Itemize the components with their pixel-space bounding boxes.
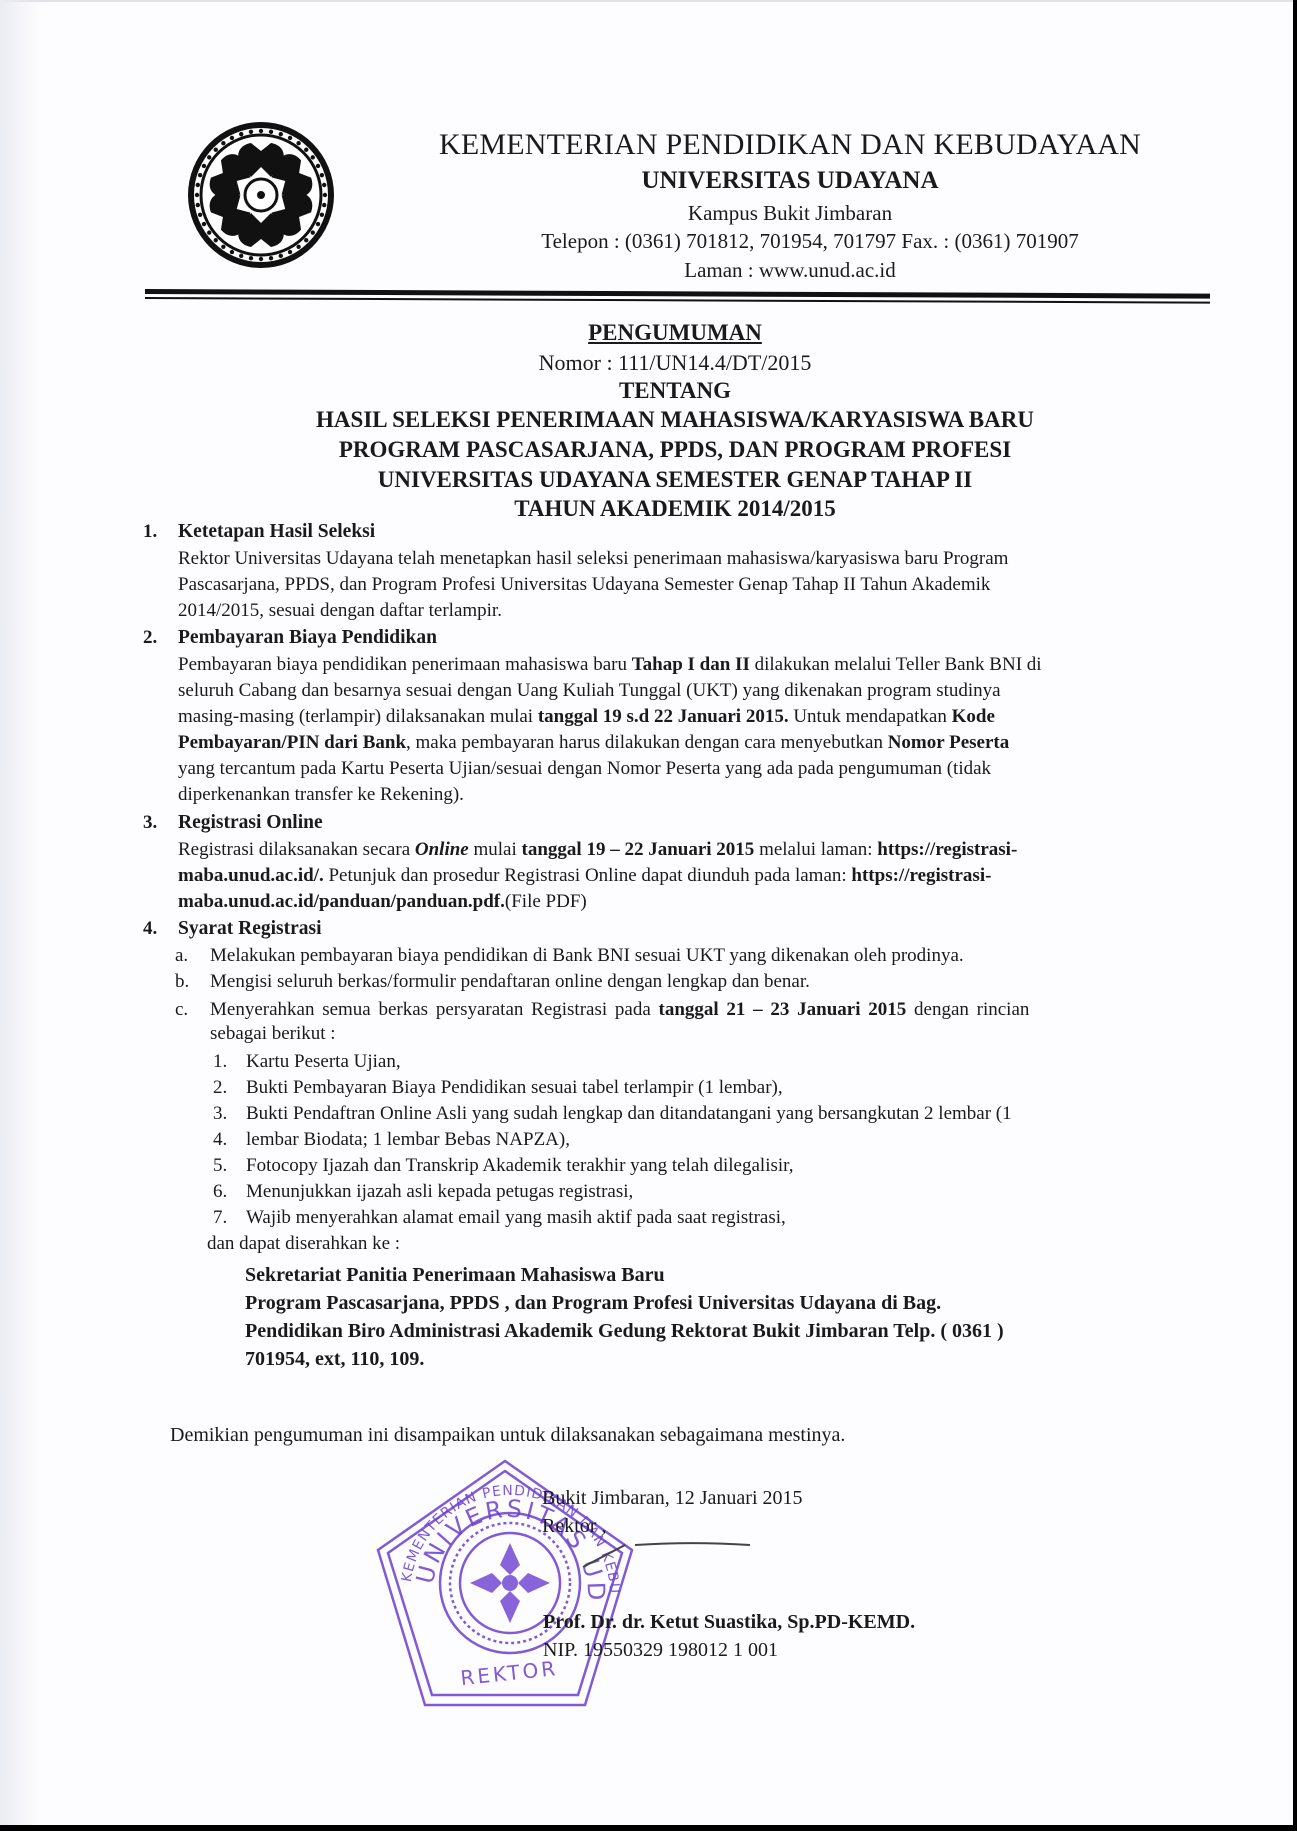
subject-line: PROGRAM PASCASARJANA, PPDS, DAN PROGRAM … — [260, 437, 1090, 463]
sub-list-label: 5. — [213, 1156, 227, 1175]
section-text: maba.unud.ac.id/. Petunjuk dan prosedur … — [178, 866, 991, 885]
section-text: diperkenankan transfer ke Rekening). — [178, 785, 464, 804]
address-line: Program Pascasarjana, PPDS , dan Program… — [245, 1293, 941, 1313]
section-text: Pembayaran/PIN dari Bank, maka pembayara… — [178, 733, 1009, 752]
section-text: yang tercantum pada Kartu Peserta Ujian/… — [178, 759, 991, 778]
list-item: sebagai berikut : — [210, 1024, 336, 1043]
section-title: Registrasi Online — [178, 812, 323, 834]
submit-to-label: dan dapat diserahkan ke : — [207, 1234, 400, 1253]
tentang-label: TENTANG — [260, 378, 1090, 404]
signer-nip: NIP. 19550329 198012 1 001 — [543, 1640, 778, 1660]
announcement-number: Nomor : 111/UN14.4/DT/2015 — [260, 350, 1090, 376]
subject-line: TAHUN AKADEMIK 2014/2015 — [260, 496, 1090, 522]
university-emblem-icon — [186, 120, 336, 270]
subject-line: UNIVERSITAS UDAYANA SEMESTER GENAP TAHAP… — [260, 467, 1090, 493]
list-label: a. — [175, 946, 188, 965]
sub-list-label: 7. — [213, 1208, 227, 1227]
closing-statement: Demikian pengumuman ini disampaikan untu… — [170, 1425, 845, 1445]
sub-list-item: Fotocopy Ijazah dan Transkrip Akademik t… — [246, 1156, 793, 1175]
subject-line: HASIL SELEKSI PENERIMAAN MAHASISWA/KARYA… — [260, 407, 1090, 433]
address-line: 701954, ext, 110, 109. — [245, 1349, 424, 1369]
signer-name: Prof. Dr. dr. Ketut Suastika, Sp.PD-KEMD… — [543, 1612, 915, 1632]
address-line: Pendidikan Biro Administrasi Akademik Ge… — [245, 1321, 1004, 1341]
scan-shadow-left — [0, 0, 40, 1831]
sub-list-label: 4. — [213, 1130, 227, 1149]
list-item: Mengisi seluruh berkas/formulir pendafta… — [210, 972, 810, 991]
list-item: Melakukan pembayaran biaya pendidikan di… — [210, 946, 964, 965]
section-title: Pembayaran Biaya Pendidikan — [178, 627, 437, 649]
handwritten-signature-icon — [575, 1537, 755, 1577]
list-label: c. — [175, 1000, 188, 1019]
contact-phone: Telepon : (0361) 701812, 701954, 701797 … — [430, 229, 1190, 254]
scan-edge-top — [0, 0, 1297, 2]
sub-list-item: Kartu Peserta Ujian, — [246, 1052, 401, 1071]
sub-list-label: 6. — [213, 1182, 227, 1201]
section-text: maba.unud.ac.id/panduan/panduan.pdf.(Fil… — [178, 892, 587, 911]
section-text: masing-masing (terlampir) dilaksanakan m… — [178, 707, 995, 726]
sub-list-item: lembar Biodata; 1 lembar Bebas NAPZA), — [246, 1130, 570, 1149]
section-text: Pascasarjana, PPDS, dan Program Profesi … — [178, 575, 990, 594]
registration-link[interactable]: maba.unud.ac.id/. — [178, 865, 324, 886]
section-text: seluruh Cabang dan besarnya sesuai denga… — [178, 681, 1001, 700]
announcement-heading: PENGUMUMAN — [260, 320, 1090, 346]
campus-name: Kampus Bukit Jimbaran — [360, 201, 1220, 226]
sub-list-item: Menunjukkan ijazah asli kepada petugas r… — [246, 1182, 633, 1201]
sub-list-item: Bukti Pendaftran Online Asli yang sudah … — [246, 1104, 1012, 1123]
list-item: Menyerahkan semua berkas persyaratan Reg… — [210, 1000, 1029, 1019]
guide-link[interactable]: maba.unud.ac.id/panduan/panduan.pdf. — [178, 891, 505, 912]
sub-list-item: Wajib menyerahkan alamat email yang masi… — [246, 1208, 786, 1227]
section-text: Rektor Universitas Udayana telah menetap… — [178, 549, 1008, 568]
ministry-name: KEMENTERIAN PENDIDIKAN DAN KEBUDAYAAN — [360, 128, 1220, 162]
scan-edge-right — [1293, 0, 1297, 1831]
svg-text:REKTOR: REKTOR — [459, 1656, 559, 1690]
scan-edge-bottom — [0, 1825, 1297, 1831]
university-name: UNIVERSITAS UDAYANA — [360, 167, 1220, 195]
website: Laman : www.unud.ac.id — [360, 258, 1220, 283]
section-number: 2. — [143, 627, 157, 649]
place-date: Bukit Jimbaran, 12 Januari 2015 — [542, 1488, 803, 1508]
list-label: b. — [175, 972, 189, 991]
guide-link[interactable]: https://registrasi- — [851, 865, 991, 886]
sub-list-item: Bukti Pembayaran Biaya Pendidikan sesuai… — [246, 1078, 783, 1097]
section-text: Registrasi dilaksanakan secara Online mu… — [178, 840, 1017, 859]
section-title: Syarat Registrasi — [178, 918, 322, 940]
sub-list-label: 2. — [213, 1078, 227, 1097]
address-line: Sekretariat Panitia Penerimaan Mahasiswa… — [245, 1265, 665, 1285]
section-number: 3. — [143, 812, 157, 834]
sub-list-label: 3. — [213, 1104, 227, 1123]
section-text: 2014/2015, sesuai dengan daftar terlampi… — [178, 601, 502, 620]
section-title: Ketetapan Hasil Seleksi — [178, 521, 375, 543]
section-text: Pembayaran biaya pendidikan penerimaan m… — [178, 655, 1042, 674]
section-number: 1. — [143, 521, 157, 543]
registration-link[interactable]: https://registrasi- — [877, 839, 1017, 860]
sub-list-label: 1. — [213, 1052, 227, 1071]
section-number: 4. — [143, 918, 157, 940]
signer-position: Rektor , — [542, 1516, 606, 1536]
